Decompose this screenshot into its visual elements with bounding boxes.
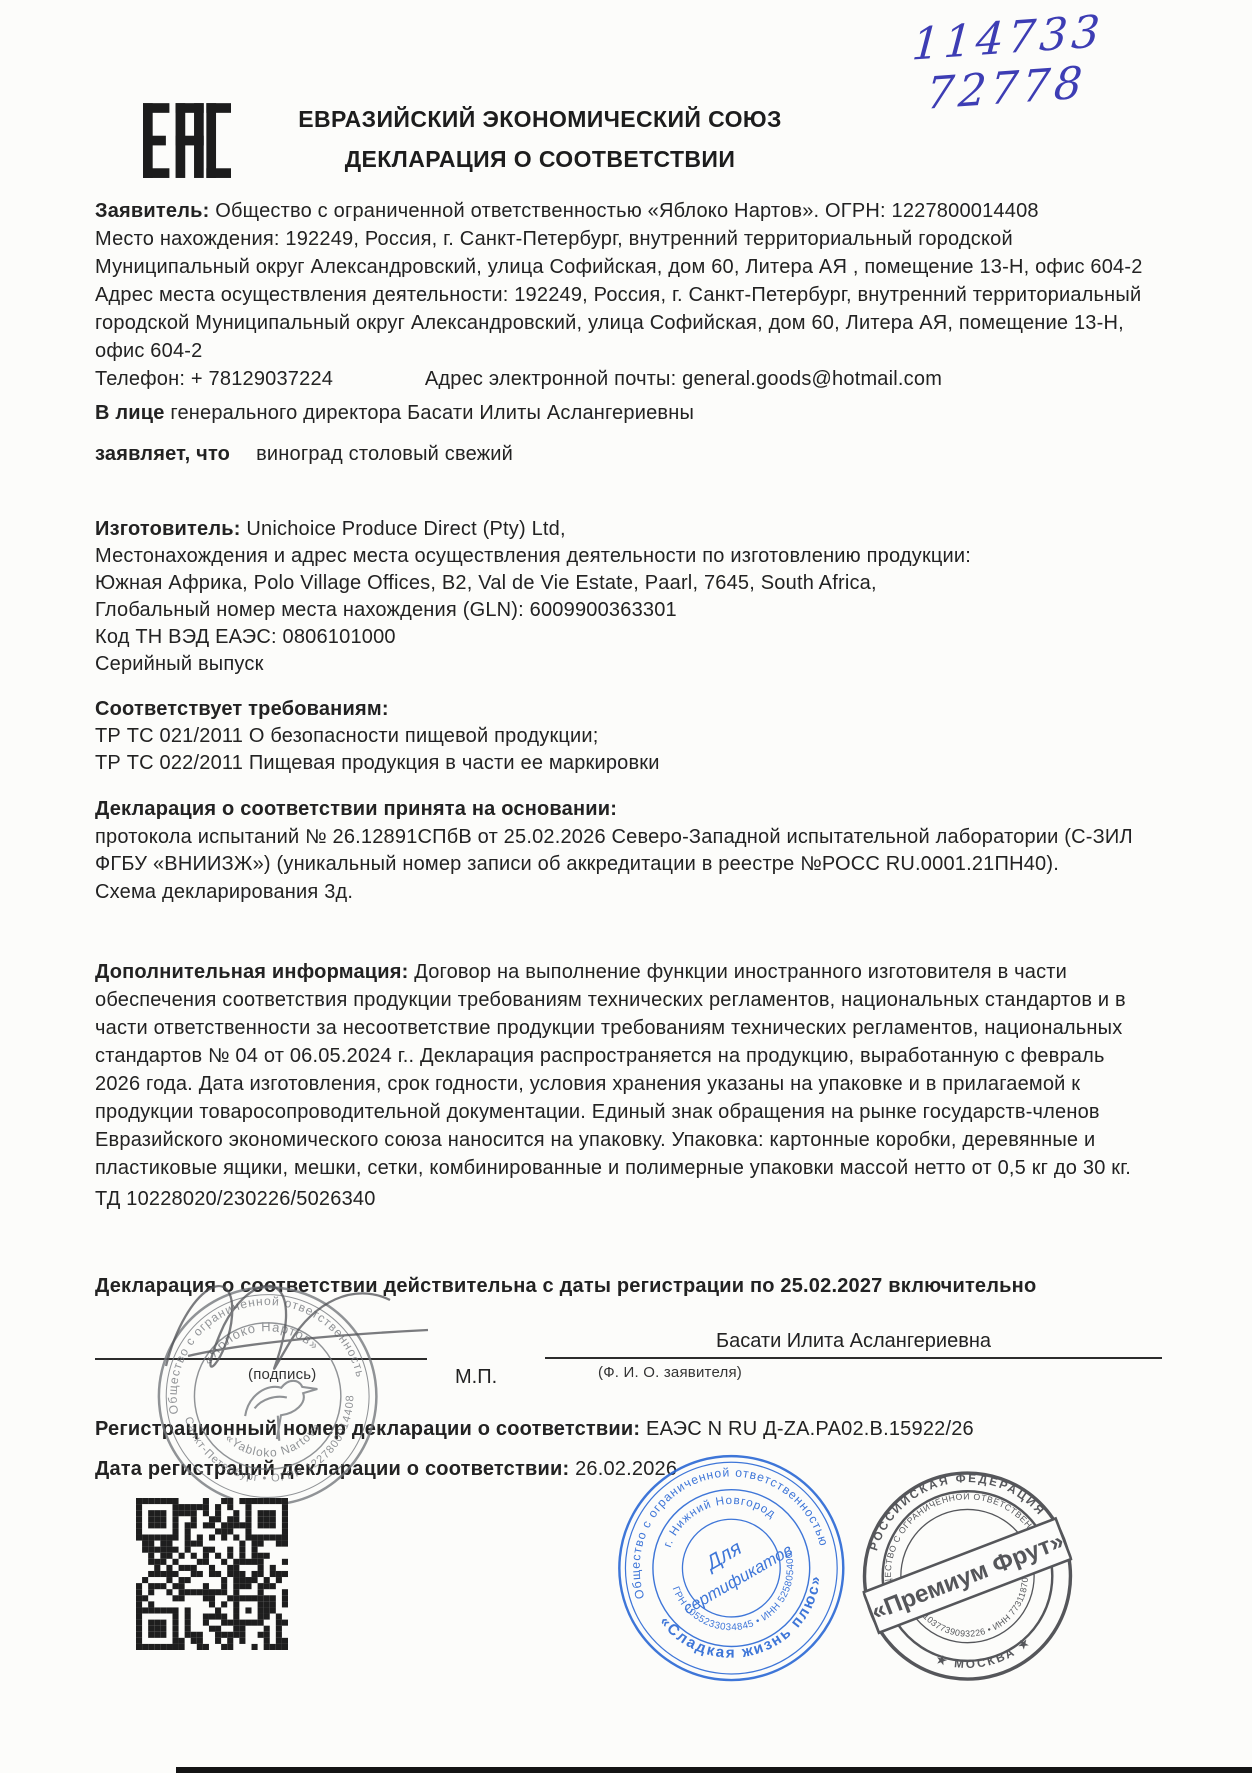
manufacturer-name: Unichoice Produce Direct (Pty) Ltd, [246,518,565,540]
additional-text-line: Дополнительная информация: Договор на вы… [95,958,1155,1182]
declares-label: заявляет, что [95,443,230,465]
stamp-place-label: М.П. [455,1366,497,1389]
applicant-label: Заявитель: [95,200,210,222]
basis-section: Декларация о соответствии принята на осн… [95,796,1155,906]
compliance-label: Соответствует требованиям: [95,696,1155,723]
phone-value: + 78129037224 [191,368,333,390]
blue-seal-city: г. Нижний Новгород [652,1480,780,1552]
registration-date-value: 26.02.2026 [575,1458,677,1480]
compliance-item-2: ТР ТС 022/2011 Пищевая продукция в части… [95,750,1155,777]
black-seal-rings [845,1454,1089,1698]
declares-line: заявляет, чтовиноград столовый свежий [95,440,1155,468]
email-value: general.goods@hotmail.com [682,368,942,390]
registration-date-label: Дата регистраций декларации о соответств… [95,1458,569,1480]
union-title: ЕВРАЗИЙСКИЙ ЭКОНОМИЧЕСКИЙ СОЮЗ [0,106,1080,133]
manufacturer-label: Изготовитель: [95,518,241,540]
applicant-location: Место нахождения: 192249, Россия, г. Сан… [95,225,1155,281]
registration-number-line: Регистрационный номер декларации о соотв… [95,1418,1195,1441]
phone-label: Телефон: [95,368,185,390]
email-label: Адрес электронной почты: [425,368,677,390]
black-seal-banner: «Премиум Фрут» [863,1518,1071,1632]
applicant-seal-rings [145,1273,391,1519]
premium-frut-seal: РОССИЙСКАЯ ФЕДЕРАЦИЯ ★ МОСКВА ★ ОБЩЕСТВО… [842,1450,1094,1706]
applicant-name: Общество с ограниченной ответственностью… [215,200,1038,222]
applicant-seal: Общество с ограниченной ответственностью… [138,1266,398,1531]
manufacturer-section: Изготовитель: Unichoice Produce Direct (… [95,516,1155,678]
registration-number-value: ЕАЭС N RU Д-ZA.РА02.В.15922/26 [646,1418,974,1440]
manufacturer-serial: Серийный выпуск [95,651,1155,678]
applicant-seal-name-ru: «Яблоко Нартов» [196,1311,324,1368]
applicant-line: Заявитель: Общество с ограниченной ответ… [95,197,1155,225]
customs-declaration-number: ТД 10228020/230226/5026340 [95,1185,1155,1213]
manufacturer-address: Южная Африка, Polo Village Offices, B2, … [95,570,1155,597]
black-seal-city: ★ МОСКВА ★ [932,1633,1036,1679]
manufacturer-gln: Глобальный номер места нахождения (GLN):… [95,597,1155,624]
compliance-section: Соответствует требованиям: ТР ТС 021/201… [95,696,1155,777]
handwritten-signature [128,1238,468,1428]
svg-text:ОГРН 1037739093226 • ИНН 77311: ОГРН 1037739093226 • ИНН 7731187032 [907,1565,1042,1650]
blue-seal-center-line1: Для [701,1537,746,1575]
signature-line [95,1358,427,1360]
in-person-label: В лице [95,402,165,424]
basis-text: протокола испытаний № 26.12891СПбВ от 25… [95,824,1155,879]
svg-text:г. Нижний Новгород: г. Нижний Новгород [652,1480,780,1552]
fio-caption: (Ф. И. О. заявителя) [598,1364,742,1381]
black-seal-ogrn-inn: ОГРН 1037739093226 • ИНН 7731187032 [907,1565,1042,1650]
blue-seal-center-line2: сертификатов [680,1540,796,1618]
applicant-section: Заявитель: Общество с ограниченной ответ… [95,197,1155,468]
in-person-value: генерального директора Басати Илиты Асла… [170,402,694,424]
compliance-item-1: ТР ТС 021/2011 О безопасности пищевой пр… [95,723,1155,750]
applicant-fio: Басати Илита Аслангериевна [545,1330,1162,1353]
applicant-activity-address: Адрес места осуществления деятельности: … [95,281,1155,365]
manufacturer-address-intro: Местонахождения и адрес места осуществле… [95,543,1155,570]
validity-statement: Декларация о соответствии действительна … [95,1272,1155,1300]
signature-caption: (подпись) [248,1366,317,1383]
in-person-line: В лице генерального директора Басати Или… [95,399,1155,427]
manufacturer-tnved: Код ТН ВЭД ЕАЭС: 0806101000 [95,624,1155,651]
additional-section: Дополнительная информация: Договор на вы… [95,958,1155,1213]
black-seal-banner-text: «Премиум Фрут» [868,1527,1068,1625]
svg-text:«Яблоко Нартов»: «Яблоко Нартов» [196,1311,324,1368]
blue-seal-company: «Сладкая жизнь плюс» [654,1569,841,1682]
additional-text: Договор на выполнение функции иностранно… [95,961,1131,1179]
basis-label: Декларация о соответствии принята на осн… [95,796,1155,824]
document-title: ДЕКЛАРАЦИЯ О СООТВЕТСТВИИ [0,146,1080,173]
svg-text:«Сладкая жизнь плюс»: «Сладкая жизнь плюс» [654,1569,841,1682]
product-name: виноград столовый свежий [256,443,513,465]
svg-text:★ МОСКВА ★: ★ МОСКВА ★ [932,1633,1036,1679]
handwritten-numbers: 114733 72778 [907,7,1106,121]
qr-code-modules [136,1498,288,1650]
registration-number-label: Регистрационный номер декларации о соотв… [95,1418,640,1440]
applicant-contacts: Телефон: + 78129037224 Адрес электронной… [95,365,1155,393]
additional-label: Дополнительная информация: [95,961,409,983]
qr-code [136,1498,288,1650]
basis-scheme: Схема декларирования 3д. [95,879,1155,907]
declaration-document: 114733 72778 ЕВРАЗИЙСКИЙ ЭКОНОМИЧЕСКИЙ С… [0,0,1252,1773]
manufacturer-line: Изготовитель: Unichoice Produce Direct (… [95,516,1155,543]
scan-edge-artifact [176,1767,1252,1773]
registration-date-line: Дата регистраций декларации о соответств… [95,1458,1195,1481]
fio-line [545,1357,1162,1359]
